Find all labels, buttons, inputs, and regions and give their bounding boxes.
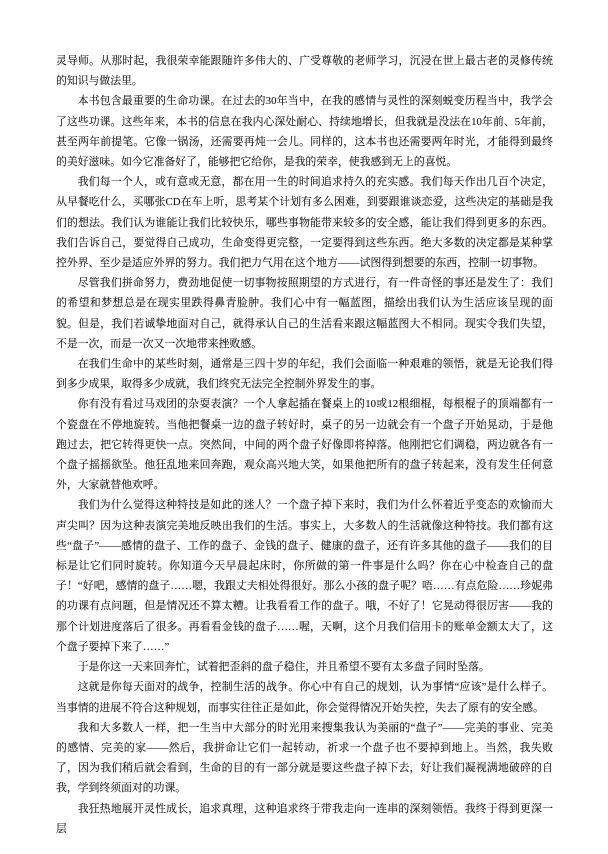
paragraph-spiritual-growth: 我狂热地展开灵性成长，追求真理，这种追求终于带我走向一连串的深刻领悟。我终于得到…: [56, 799, 553, 839]
paragraph-my-failure: 我和大多数人一样，把一生当中大部分的时光用来搜集我认为美丽的“盘子”——完美的事…: [56, 718, 553, 799]
paragraph-daily-rushing: 于是你这一天来回奔忙，试着把歪斜的盘子稳住，并且希望不要有太多盘子同时坠落。: [56, 657, 553, 677]
paragraph-why-fascinating: 我们为什么觉得这种特技是如此的迷人？一个盘子掉下来时，我们为什么怀着近乎变态的欢…: [56, 495, 553, 657]
paragraph-circus-plate-spinning: 你有没有看过马戏团的杂耍表演？一个人拿起插在餐桌上的10或12根细棍，每根棍子的…: [56, 394, 553, 495]
body-text: 灵导师。从那时起，我很荣幸能跟随许多伟大的、广受尊敬的老师学习，沉浸在世上最古老…: [56, 51, 553, 839]
paragraph-pursuit-of-fulfillment: 我们每一个人，或有意或无意，都在用一生的时间追求持久的充实感。我们每天作出几百个…: [56, 172, 553, 273]
paragraph-daily-war: 这就是你每天面对的战争，控制生活的战争。你心中有自己的规划，认为事情“应该”是什…: [56, 677, 553, 717]
paragraph-blueprint-disappointment: 尽管我们拼命努力，费劲地促使一切事物按照期望的方式进行，有一件奇怪的事还是发生了…: [56, 273, 553, 354]
page-background: { "document": { "kind": "scanned-book-pa…: [0, 0, 608, 854]
paragraph-midlife-realization: 在我们生命中的某些时刻，通常是三四十岁的年纪，我们会面临一种艰难的领悟，就是无论…: [56, 354, 553, 394]
paragraph-book-lessons: 本书包含最重要的生命功课。在过去的30年当中，在我的感情与灵性的深刻蜕变历程当中…: [56, 91, 553, 172]
document-page: 灵导师。从那时起，我很荣幸能跟随许多伟大的、广受尊敬的老师学习，沉浸在世上最古老…: [0, 0, 608, 854]
paragraph-continuation: 灵导师。从那时起，我很荣幸能跟随许多伟大的、广受尊敬的老师学习，沉浸在世上最古老…: [56, 51, 553, 91]
